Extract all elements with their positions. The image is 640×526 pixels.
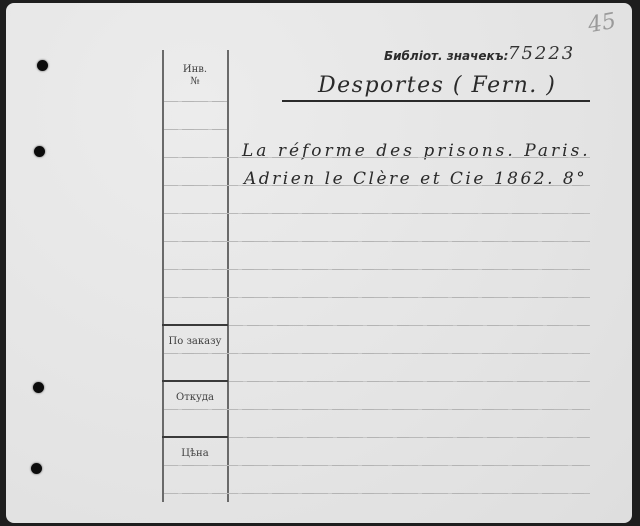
ruled-line — [164, 213, 590, 214]
library-mark-label: Библіот. значекъ: — [384, 49, 508, 63]
column-right-border — [227, 50, 229, 502]
ruled-line — [164, 353, 590, 354]
catalog-card: 45 Инв. № Библіот. значекъ: 75223 Despor… — [6, 3, 632, 523]
punch-hole — [31, 463, 42, 474]
punch-hole — [34, 146, 45, 157]
section-divider — [162, 436, 228, 438]
column-left-border — [162, 50, 164, 502]
title-line-2: Adrien le Clère et Cie 1862. 8° — [244, 169, 587, 189]
ruled-line — [164, 493, 590, 494]
source-label: Откуда — [162, 392, 228, 403]
column-rule — [164, 129, 227, 130]
ruled-line — [164, 297, 590, 298]
ruled-line — [164, 241, 590, 242]
author-underline — [282, 100, 590, 102]
title-line-1: La réforme des prisons. Paris. — [242, 141, 591, 161]
ruled-line — [229, 437, 590, 438]
ruled-line — [164, 409, 590, 410]
ruled-line — [229, 325, 590, 326]
price-label: Цѣна — [162, 448, 228, 459]
library-mark-value: 75223 — [508, 43, 575, 64]
punch-hole — [33, 382, 44, 393]
section-divider — [162, 324, 228, 326]
ruled-line — [164, 269, 590, 270]
inventory-label: Инв. — [162, 64, 228, 75]
ruled-line — [164, 157, 590, 158]
inventory-number-label: № — [162, 76, 228, 87]
ruled-line — [229, 381, 590, 382]
ruled-line — [164, 465, 590, 466]
order-label: По заказу — [162, 336, 228, 347]
author-heading: Desportes ( Fern. ) — [318, 73, 556, 98]
ruled-line — [164, 185, 590, 186]
pencil-mark: 45 — [586, 9, 618, 38]
punch-hole — [37, 60, 48, 71]
column-rule — [164, 101, 227, 102]
section-divider — [162, 380, 228, 382]
